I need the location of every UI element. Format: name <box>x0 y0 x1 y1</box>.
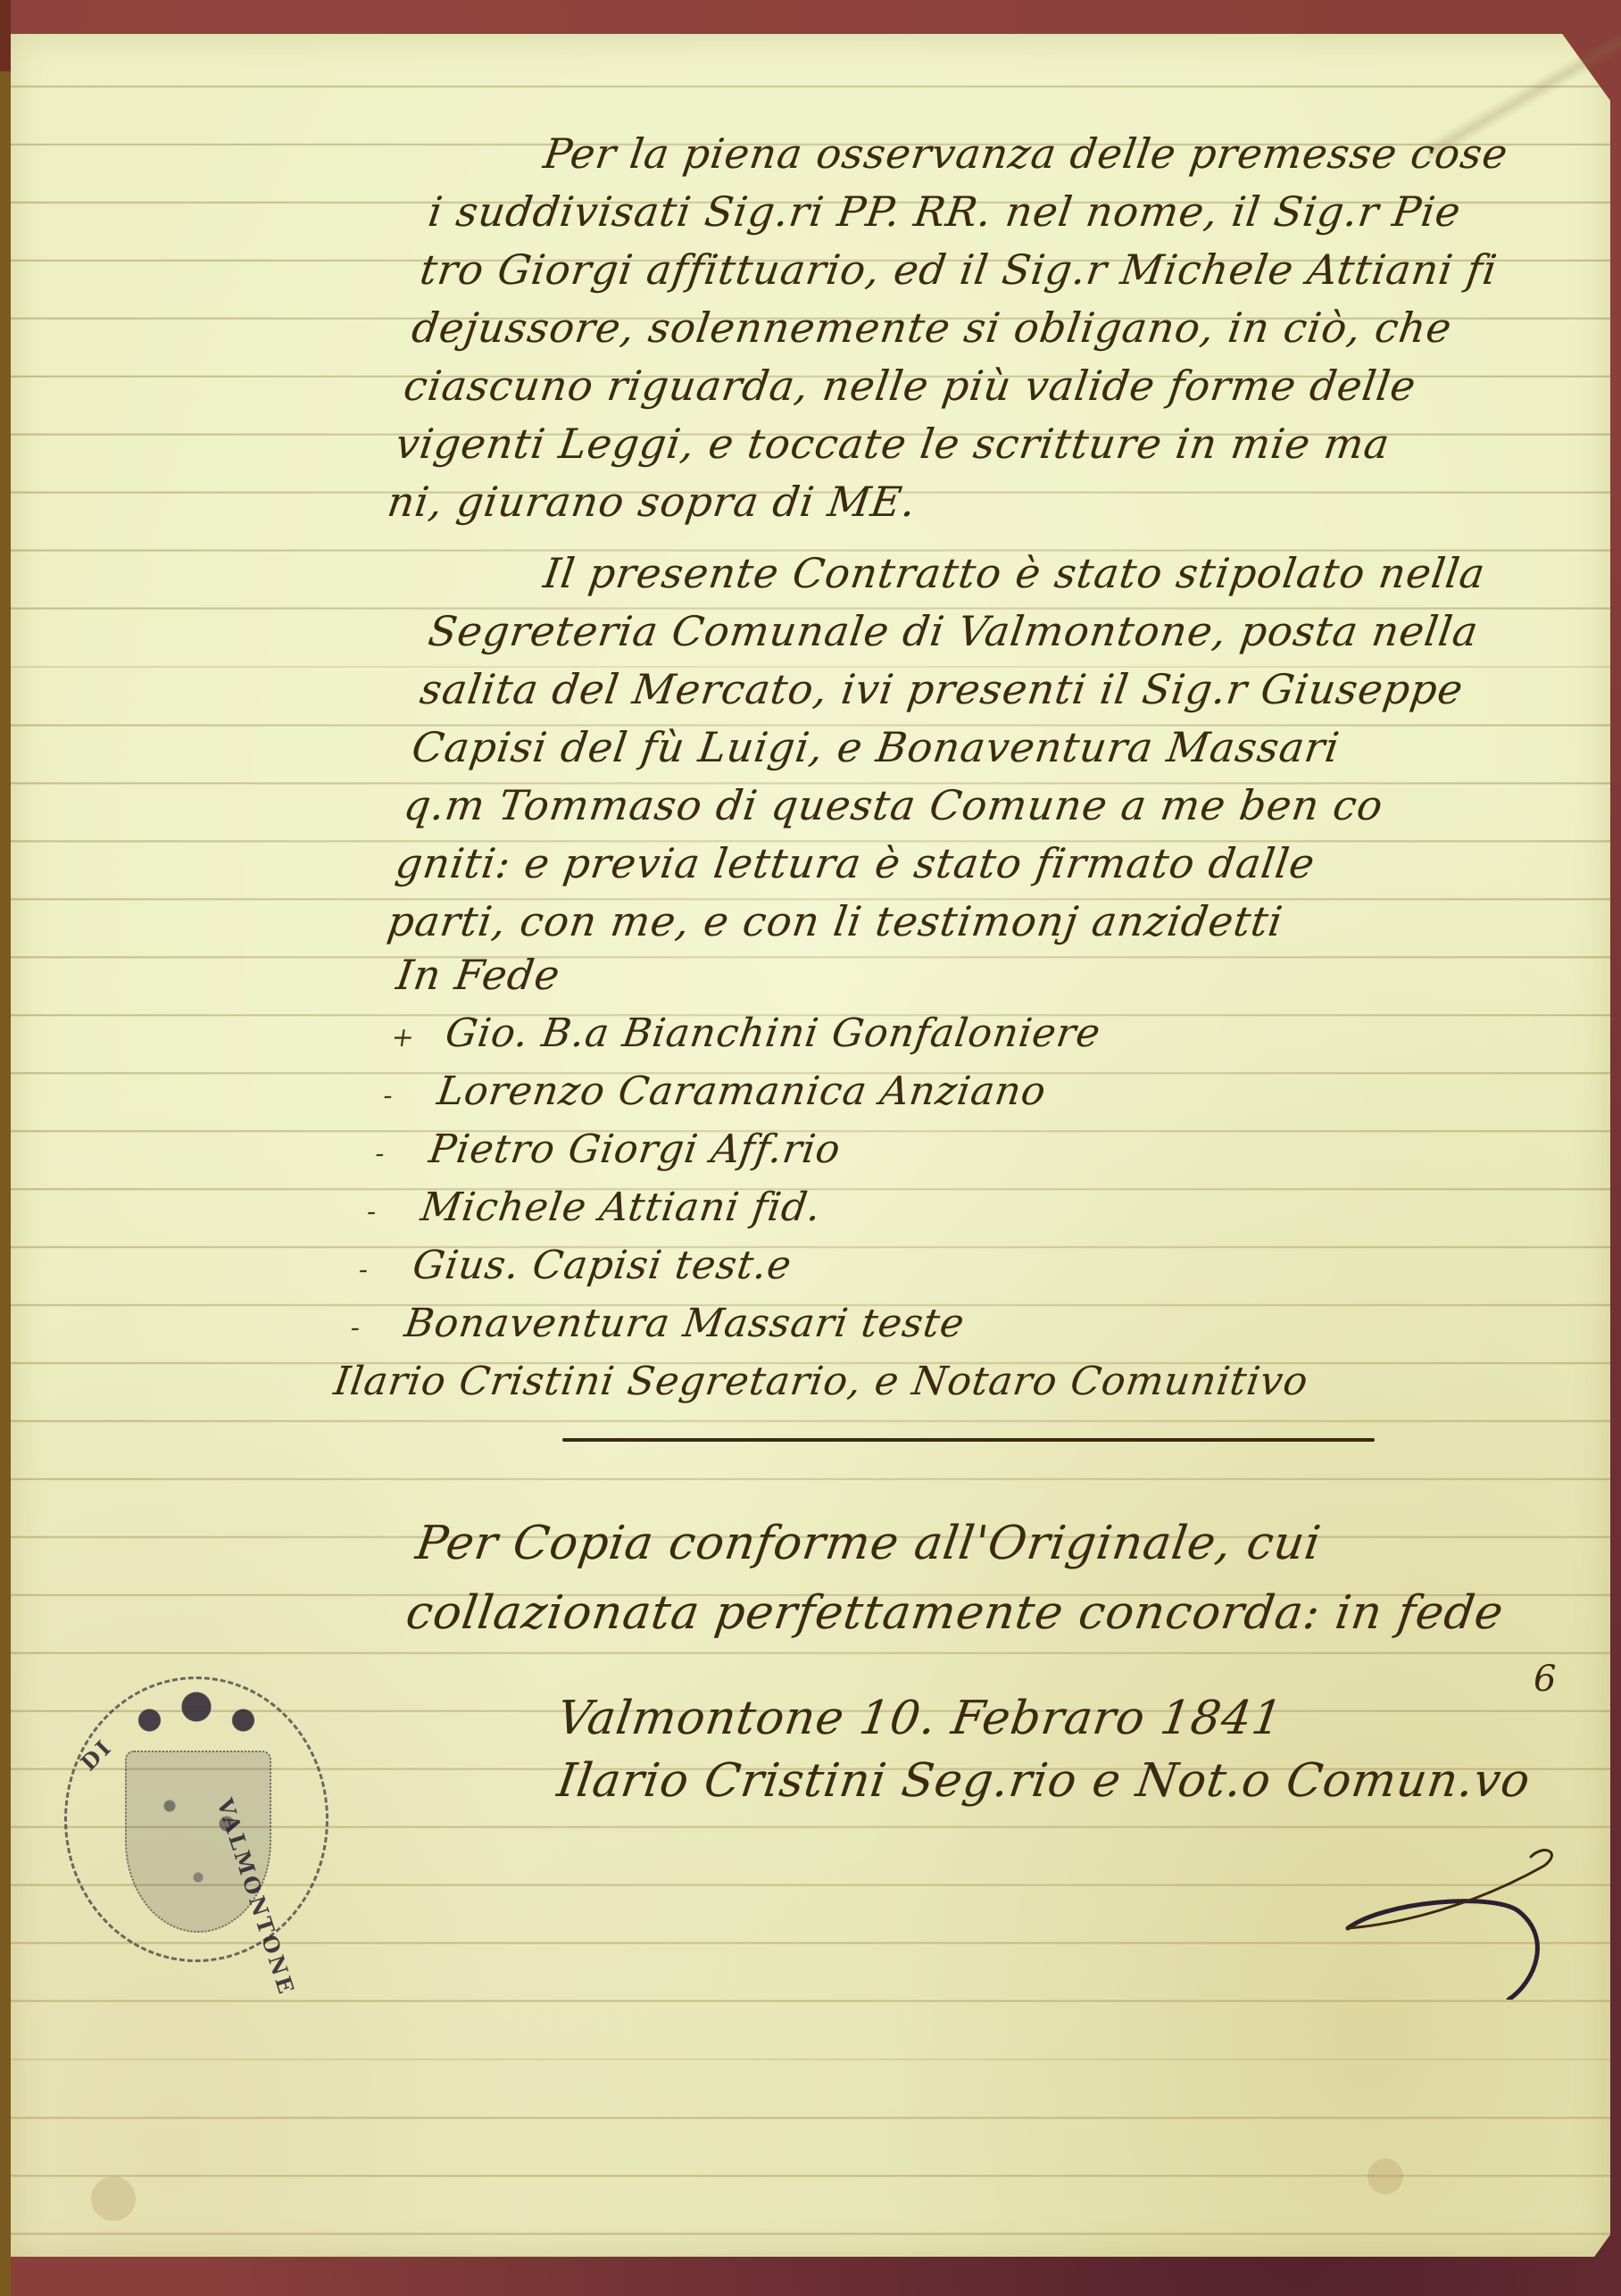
signature-text: Bonaventura Massari teste <box>402 1301 968 1346</box>
text-line: q.m Tommaso di questa Comune a me ben co <box>400 777 1458 835</box>
signature-line: -Pietro Giorgi Aff.rio <box>372 1120 1345 1178</box>
text-line: Il presente Contratto è stato stipolato … <box>433 545 1491 603</box>
text-line: Per la piena osservanza delle premesse c… <box>433 125 1517 183</box>
municipal-seal-stamp: DI VALMONTONE <box>64 1676 328 1962</box>
text-line: parti, con me, e con li testimonj anzide… <box>384 893 1442 951</box>
signature-text: Gius. Capisi test.e <box>410 1243 794 1288</box>
in-fede-text: In Fede <box>393 946 564 1004</box>
paragraph-1: Per la piena osservanza delle premesse c… <box>384 125 1517 531</box>
signature-line: -Michele Attiani fid. <box>363 1178 1336 1236</box>
paragraph-2: Il presente Contratto è stato stipolato … <box>384 545 1491 951</box>
certification-block: Per Copia conforme all'Originale, cui co… <box>402 1509 1518 1648</box>
dash-mark-icon: - <box>363 1183 425 1241</box>
text-line: i suddivisati Sig.ri PP. RR. nel nome, i… <box>425 183 1509 241</box>
left-backdrop-strip <box>0 0 11 2296</box>
text-line: salita del Mercato, ivi presenti il Sig.… <box>417 661 1475 719</box>
paper-stain <box>1367 2159 1403 2194</box>
place-date-block: Valmontone 10. Febraro 1841 Ilario Crist… <box>544 1687 1543 1812</box>
text-line: dejussore, solennemente si obligano, in … <box>408 299 1492 357</box>
text-line: Capisi del fù Luigi, e Bonaventura Massa… <box>408 719 1466 777</box>
separator-rule <box>562 1438 1375 1442</box>
text-line: Segreteria Comunale di Valmontone, posta… <box>425 603 1483 661</box>
text-line: collazionata perfettamente concorda: in … <box>402 1578 1509 1648</box>
signature-text: Gio. B.a Bianchini Gonfaloniere <box>443 1011 1104 1056</box>
text-line: ciascuno riguarda, nelle più valide form… <box>400 357 1484 415</box>
dash-mark-icon: - <box>355 1241 417 1299</box>
signature-line: -Gius. Capisi test.e <box>355 1236 1328 1294</box>
text-line: ni, giurano sopra di ME. <box>384 473 1468 531</box>
signature-text: Lorenzo Caramanica Anziano <box>435 1069 1050 1114</box>
signature-text: Michele Attiani fid. <box>418 1185 824 1230</box>
signature-line: Ilario Cristini Segretario, e Notaro Com… <box>330 1352 1312 1410</box>
in-fede-heading: In Fede <box>393 946 564 1004</box>
crown-icon <box>129 1688 263 1742</box>
paraph-flourish-icon <box>1294 1839 1562 2000</box>
cross-mark-icon: + <box>387 1009 449 1067</box>
paper-stain <box>91 2176 136 2221</box>
signature-list: +Gio. B.a Bianchini Gonfaloniere -Lorenz… <box>339 1004 1361 1410</box>
closing-signature: Ilario Cristini Seg.rio e Not.o Comun.vo <box>544 1750 1534 1812</box>
text-line: gniti: e previa lettura è stato firmato … <box>392 835 1450 893</box>
signature-text: Pietro Giorgi Aff.rio <box>427 1127 844 1172</box>
text-line: Per Copia conforme all'Originale, cui <box>411 1509 1518 1578</box>
signature-line: +Gio. B.a Bianchini Gonfaloniere <box>388 1004 1361 1062</box>
text-line: vigenti Leggi, e toccate le scritture in… <box>392 415 1476 473</box>
signature-line: -Lorenzo Caramanica Anziano <box>380 1062 1353 1120</box>
dash-mark-icon: - <box>346 1299 408 1357</box>
place-date: Valmontone 10. Febraro 1841 <box>553 1687 1543 1750</box>
signature-text: Ilario Cristini Segretario, e Notaro Com… <box>331 1359 1311 1404</box>
dash-mark-icon: - <box>371 1125 433 1183</box>
dash-mark-icon: - <box>379 1067 441 1125</box>
signature-line: -Bonaventura Massari teste <box>347 1294 1320 1352</box>
text-line: tro Giorgi affittuario, ed il Sig.r Mich… <box>417 241 1501 299</box>
